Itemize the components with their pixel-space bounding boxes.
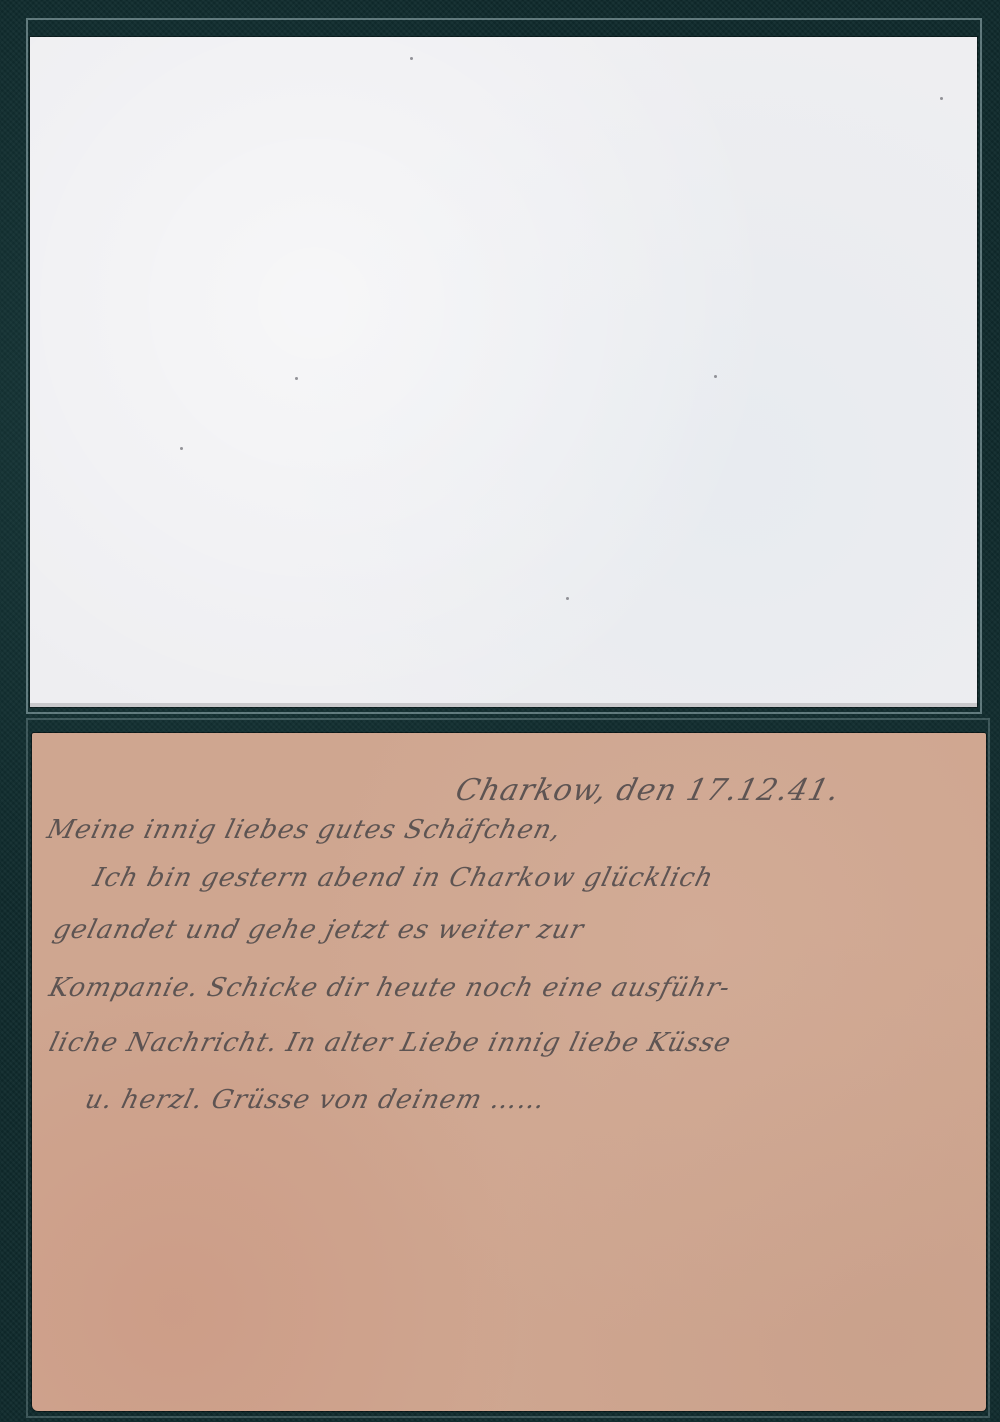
paper-speck: [566, 597, 569, 600]
letter-line: Kompanie. Schicke dir heute noch eine au…: [46, 973, 734, 1003]
letter-salutation: Meine innig liebes gutes Schäfchen,: [44, 815, 565, 845]
paper-speck: [714, 375, 717, 378]
letter-line: liche Nachricht. In alter Liebe innig li…: [46, 1028, 735, 1058]
letter-date-line: Charkow, den 17.12.41.: [452, 773, 844, 808]
paper-speck: [295, 377, 298, 380]
letter-line: gelandet und gehe jetzt es weiter zur: [50, 915, 587, 945]
paper-speck: [180, 447, 183, 450]
paper-speck: [940, 97, 943, 100]
letter-line: Ich bin gestern abend in Charkow glückli…: [90, 863, 717, 893]
handwritten-postcard: Charkow, den 17.12.41. Meine innig liebe…: [32, 733, 986, 1411]
paper-speck: [410, 57, 413, 60]
letter-closing-signature: u. herzl. Grüsse von deinem ……: [82, 1085, 549, 1115]
blank-postcard: [30, 37, 977, 707]
